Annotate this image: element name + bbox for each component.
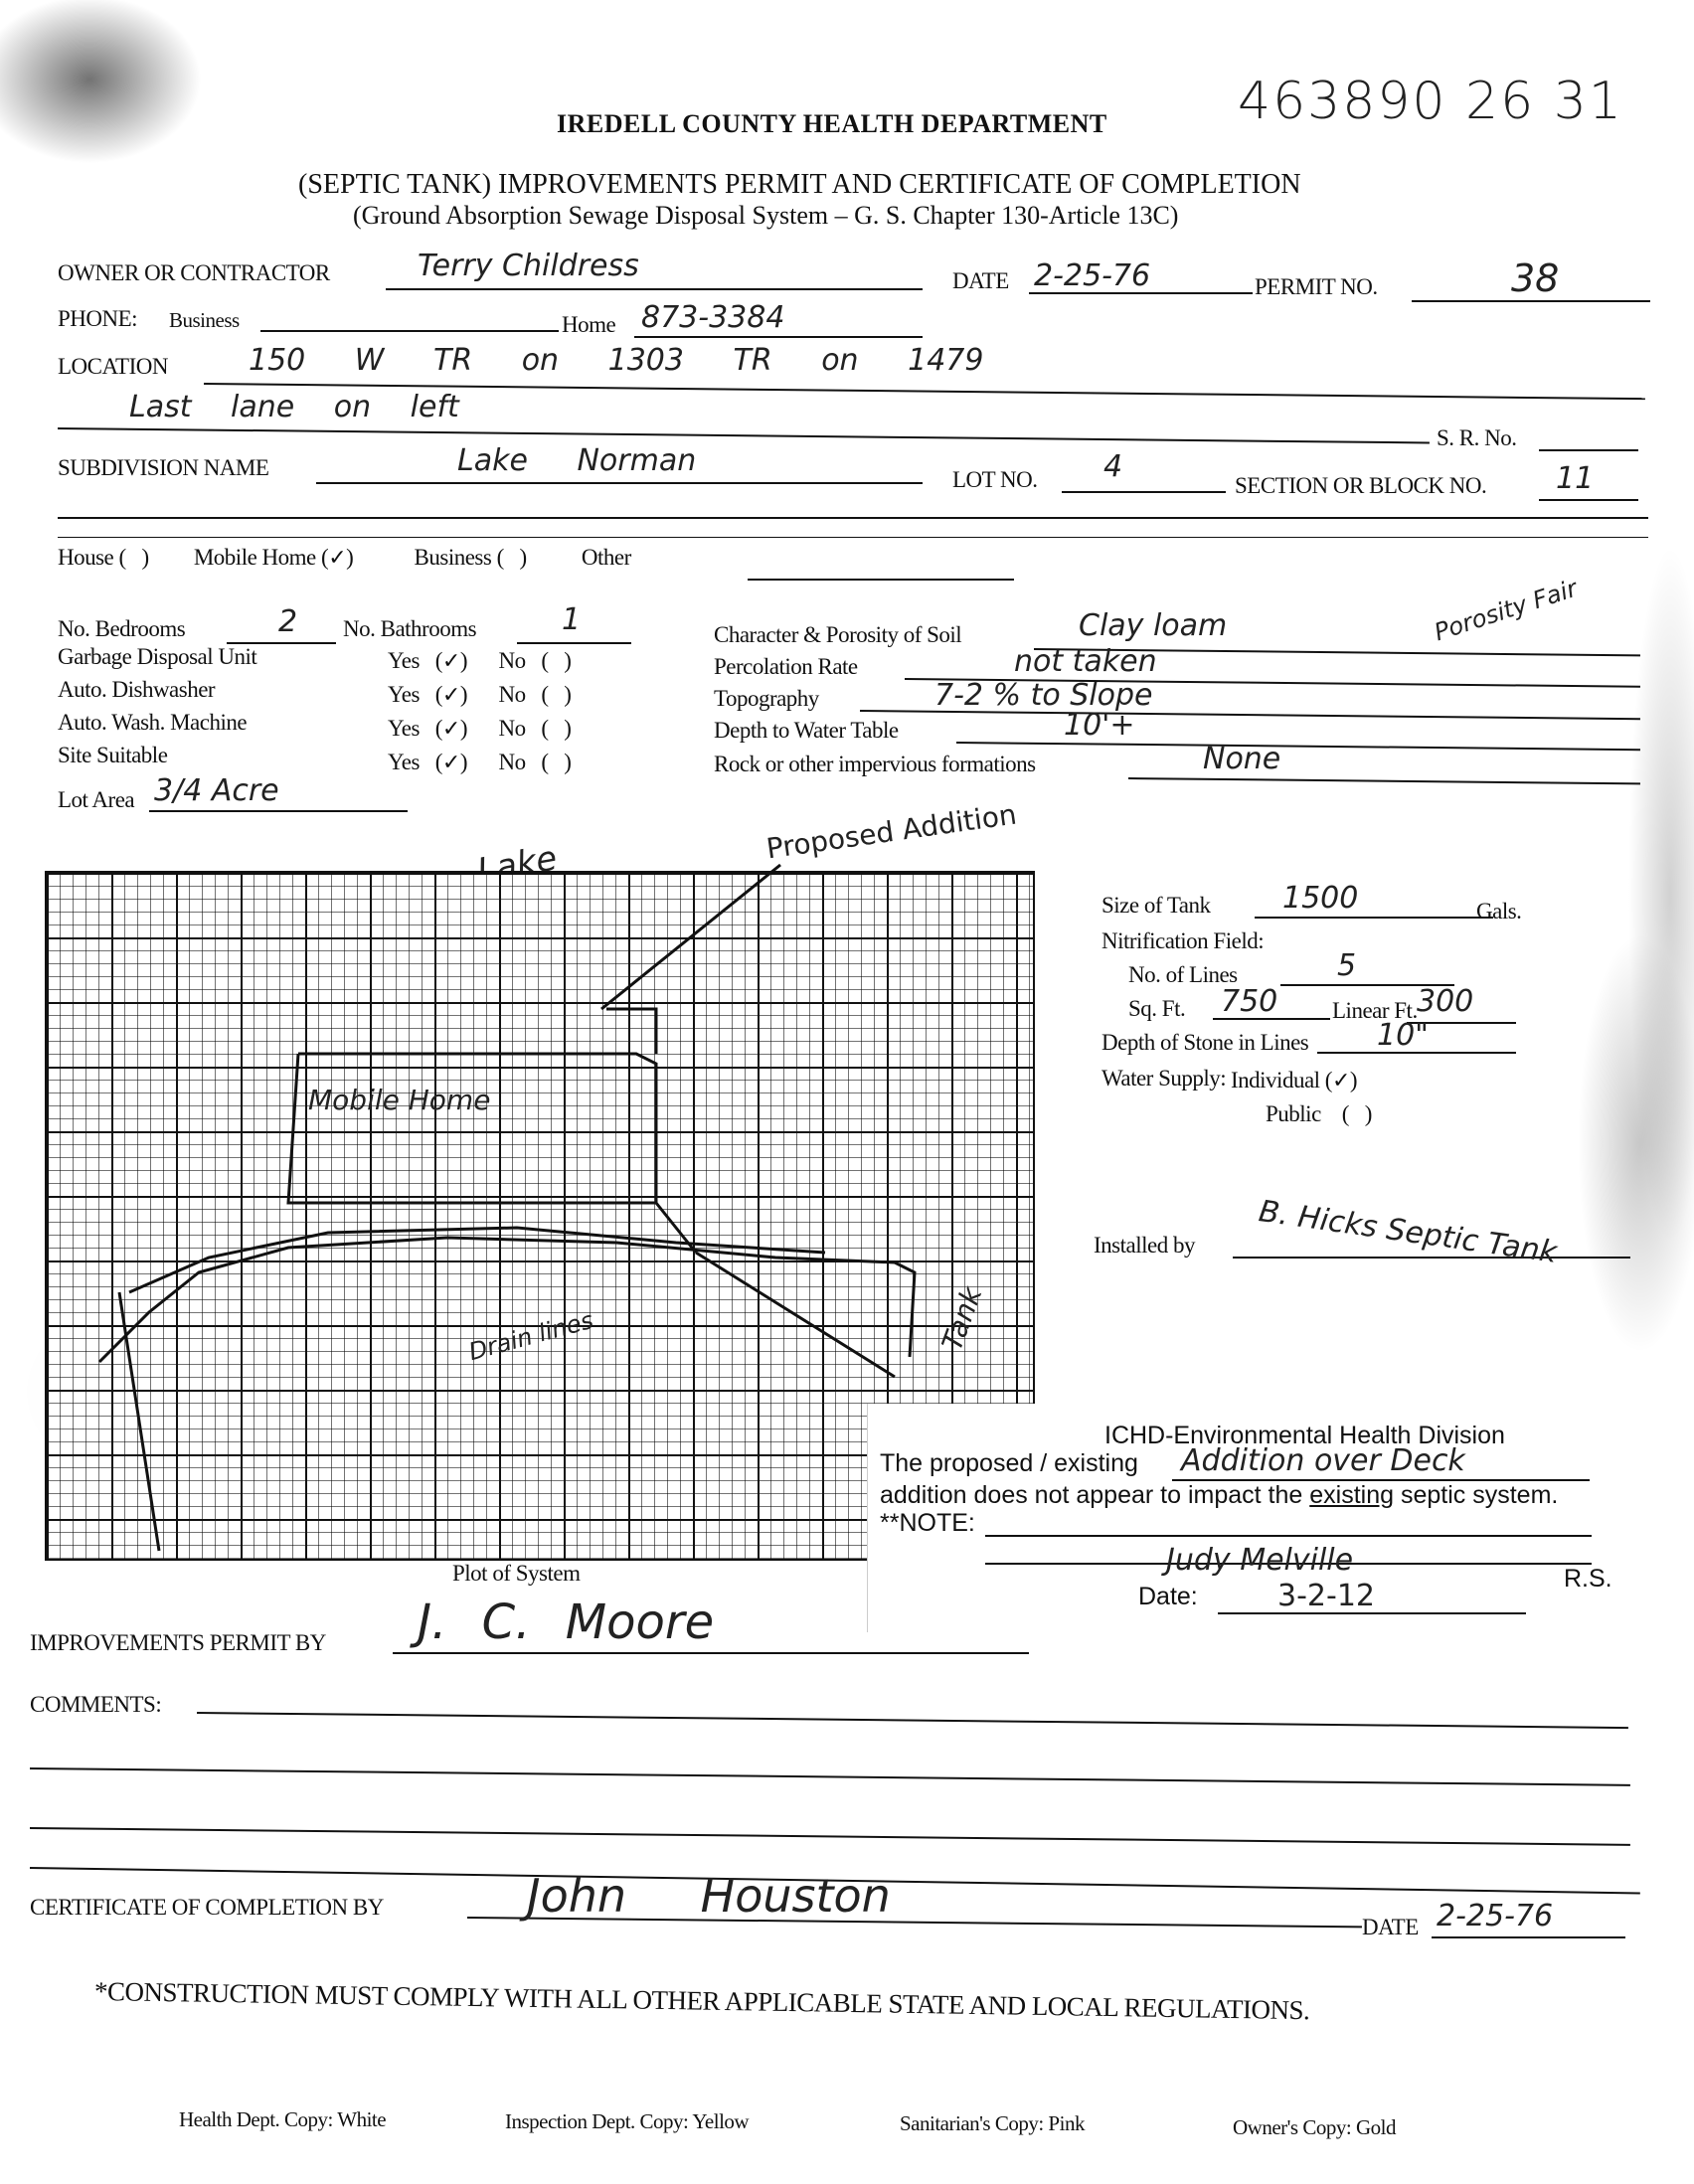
plot-sketch — [0, 0, 1694, 2184]
tank-unit-label: Gals. — [1476, 899, 1521, 924]
tank-size-field[interactable]: 1500 — [1282, 881, 1358, 916]
certificate-date-label: DATE — [1362, 1915, 1419, 1940]
water-supply-label: Water Supply: — [1101, 1066, 1226, 1092]
certificate-label: CERTIFICATE OF COMPLETION BY — [30, 1895, 384, 1921]
nitrification-label: Nitrification Field: — [1101, 928, 1264, 954]
copy-distribution-pink: Sanitarian's Copy: Pink — [900, 2111, 1085, 2136]
sqft-label: Sq. Ft. — [1128, 996, 1185, 1022]
permit-by-label: IMPROVEMENTS PERMIT BY — [30, 1630, 326, 1656]
water-public-option[interactable]: Public ( ) — [1231, 1101, 1372, 1127]
linear-ft-field[interactable]: 300 — [1417, 984, 1473, 1019]
ichd-proposed-label: The proposed / existing — [880, 1449, 1138, 1478]
sqft-field[interactable]: 750 — [1221, 984, 1277, 1019]
ichd-notice: ICHD-Environmental Health Division The p… — [867, 1404, 1643, 1632]
copy-distribution-white: Health Dept. Copy: White — [179, 2107, 386, 2132]
permit-by-signature[interactable]: J. C. Moore — [418, 1595, 714, 1650]
copy-distribution-yellow: Inspection Dept. Copy: Yellow — [505, 2109, 749, 2134]
ichd-statement: addition does not appear to impact the e… — [880, 1481, 1558, 1510]
ichd-date-field[interactable]: 3-2-12 — [1277, 1579, 1375, 1613]
ichd-date-label: Date: — [1138, 1583, 1198, 1611]
certificate-signature[interactable]: John Houston — [527, 1869, 891, 1923]
lines-field[interactable]: 5 — [1337, 948, 1356, 983]
ichd-proposed-field[interactable]: Addition over Deck — [1181, 1443, 1465, 1478]
ichd-rs-label: R.S. — [1564, 1565, 1612, 1594]
certificate-date-field[interactable]: 2-25-76 — [1437, 1899, 1553, 1933]
check-icon: ✓ — [1332, 1069, 1350, 1093]
plot-caption: Plot of System — [452, 1561, 580, 1587]
copy-distribution-gold: Owner's Copy: Gold — [1233, 2115, 1396, 2140]
installed-by-label: Installed by — [1094, 1233, 1195, 1259]
tank-size-label: Size of Tank — [1101, 893, 1211, 919]
ichd-note-label: **NOTE: — [880, 1509, 975, 1538]
comments-label: COMMENTS: — [30, 1692, 161, 1718]
plot-mobile-home-label: Mobile Home — [308, 1084, 490, 1116]
stone-depth-field[interactable]: 10" — [1377, 1018, 1429, 1053]
stone-depth-label: Depth of Stone in Lines — [1101, 1030, 1308, 1056]
water-individual-option[interactable]: Individual (✓) — [1231, 1068, 1357, 1093]
ichd-signature[interactable]: Judy Melville — [1166, 1543, 1353, 1578]
permit-document: IREDELL COUNTY HEALTH DEPARTMENT 463890 … — [0, 0, 1694, 2184]
